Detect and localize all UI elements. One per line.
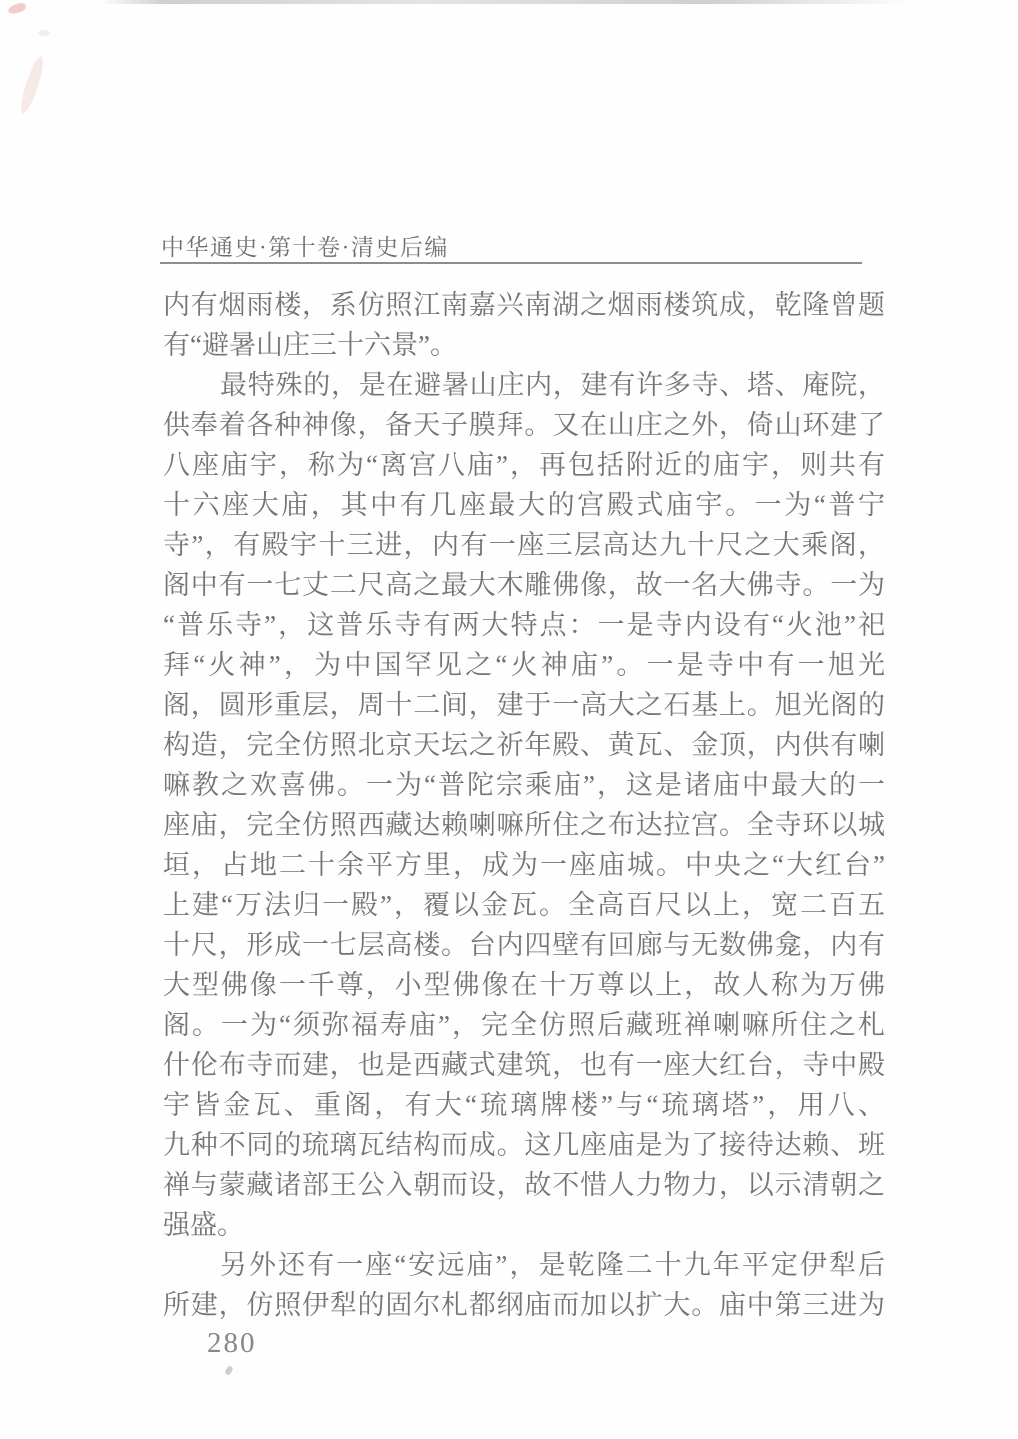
text-line: 阁中有一七丈二尺高之最大木雕佛像，故一名大佛寺。一为 bbox=[163, 565, 885, 605]
text-line: 上建“万法归一殿”，覆以金瓦。全高百尺以上，宽二百五 bbox=[163, 885, 885, 925]
text-line: 构造，完全仿照北京天坛之祈年殿、黄瓦、金顶，内供有喇 bbox=[163, 725, 885, 765]
text-line: 所建，仿照伊犁的固尔札都纲庙而加以扩大。庙中第三进为 bbox=[163, 1285, 885, 1325]
text-line: 寺”，有殿宇十三进，内有一座三层高达九十尺之大乘阁， bbox=[163, 525, 885, 565]
red-pen-smudge bbox=[7, 2, 27, 15]
text-line: 拜“火神”，为中国罕见之“火神庙”。一是寺中有一旭光 bbox=[163, 645, 885, 685]
text-line: 内有烟雨楼，系仿照江南嘉兴南湖之烟雨楼筑成，乾隆曾题 bbox=[163, 285, 885, 325]
text-line: 十六座大庙，其中有几座最大的宫殿式庙宇。一为“普宁 bbox=[163, 485, 885, 525]
text-line: 禅与蒙藏诸部王公入朝而设，故不惜人力物力，以示清朝之 bbox=[163, 1165, 885, 1205]
red-pen-smudge bbox=[17, 55, 47, 116]
text-line: 强盛。 bbox=[163, 1205, 885, 1245]
running-header: 中华通史·第十卷·清史后编 bbox=[161, 229, 449, 262]
text-line: 什伦布寺而建，也是西藏式建筑，也有一座大红台，寺中殿 bbox=[163, 1045, 885, 1085]
scan-edge-shadow bbox=[100, 0, 910, 4]
book-page: 中华通史·第十卷·清史后编 内有烟雨楼，系仿照江南嘉兴南湖之烟雨楼筑成，乾隆曾题… bbox=[0, 0, 1018, 1439]
text-line: 九种不同的琉璃瓦结构而成。这几座庙是为了接待达赖、班 bbox=[163, 1125, 885, 1165]
body-text: 内有烟雨楼，系仿照江南嘉兴南湖之烟雨楼筑成，乾隆曾题有“避暑山庄三十六景”。最特… bbox=[163, 285, 885, 1325]
text-line: 另外还有一座“安远庙”，是乾隆二十九年平定伊犁后 bbox=[163, 1245, 885, 1285]
text-line: 最特殊的，是在避暑山庄内，建有许多寺、塔、庵院， bbox=[163, 365, 885, 405]
text-line: 嘛教之欢喜佛。一为“普陀宗乘庙”，这是诸庙中最大的一 bbox=[163, 765, 885, 805]
text-line: 座庙，完全仿照西藏达赖喇嘛所住之布达拉宫。全寺环以城 bbox=[163, 805, 885, 845]
text-line: 阁。一为“须弥福寿庙”，完全仿照后藏班禅喇嘛所住之札 bbox=[163, 1005, 885, 1045]
page-number: 280 bbox=[207, 1327, 257, 1360]
text-line: 八座庙宇，称为“离宫八庙”，再包括附近的庙宇，则共有 bbox=[163, 445, 885, 485]
text-line: 有“避暑山庄三十六景”。 bbox=[163, 325, 885, 365]
text-line: 阁，圆形重层，周十二间，建于一高大之石基上。旭光阁的 bbox=[163, 685, 885, 725]
text-line: 供奉着各种神像，备天子膜拜。又在山庄之外，倚山环建了 bbox=[163, 405, 885, 445]
text-line: 宇皆金瓦、重阁，有大“琉璃牌楼”与“琉璃塔”，用八、 bbox=[163, 1085, 885, 1125]
text-line: 十尺，形成一七层高楼。台内四壁有回廊与无数佛龛，内有 bbox=[163, 925, 885, 965]
scan-smudge bbox=[224, 1365, 234, 1376]
text-line: 大型佛像一千尊，小型佛像在十万尊以上，故人称为万佛 bbox=[163, 965, 885, 1005]
text-line: 垣，占地二十余平方里，成为一座庙城。中央之“大红台” bbox=[163, 845, 885, 885]
scan-smudge bbox=[38, 30, 50, 36]
header-rule bbox=[160, 262, 862, 264]
text-line: “普乐寺”，这普乐寺有两大特点：一是寺内设有“火池”祀 bbox=[163, 605, 885, 645]
